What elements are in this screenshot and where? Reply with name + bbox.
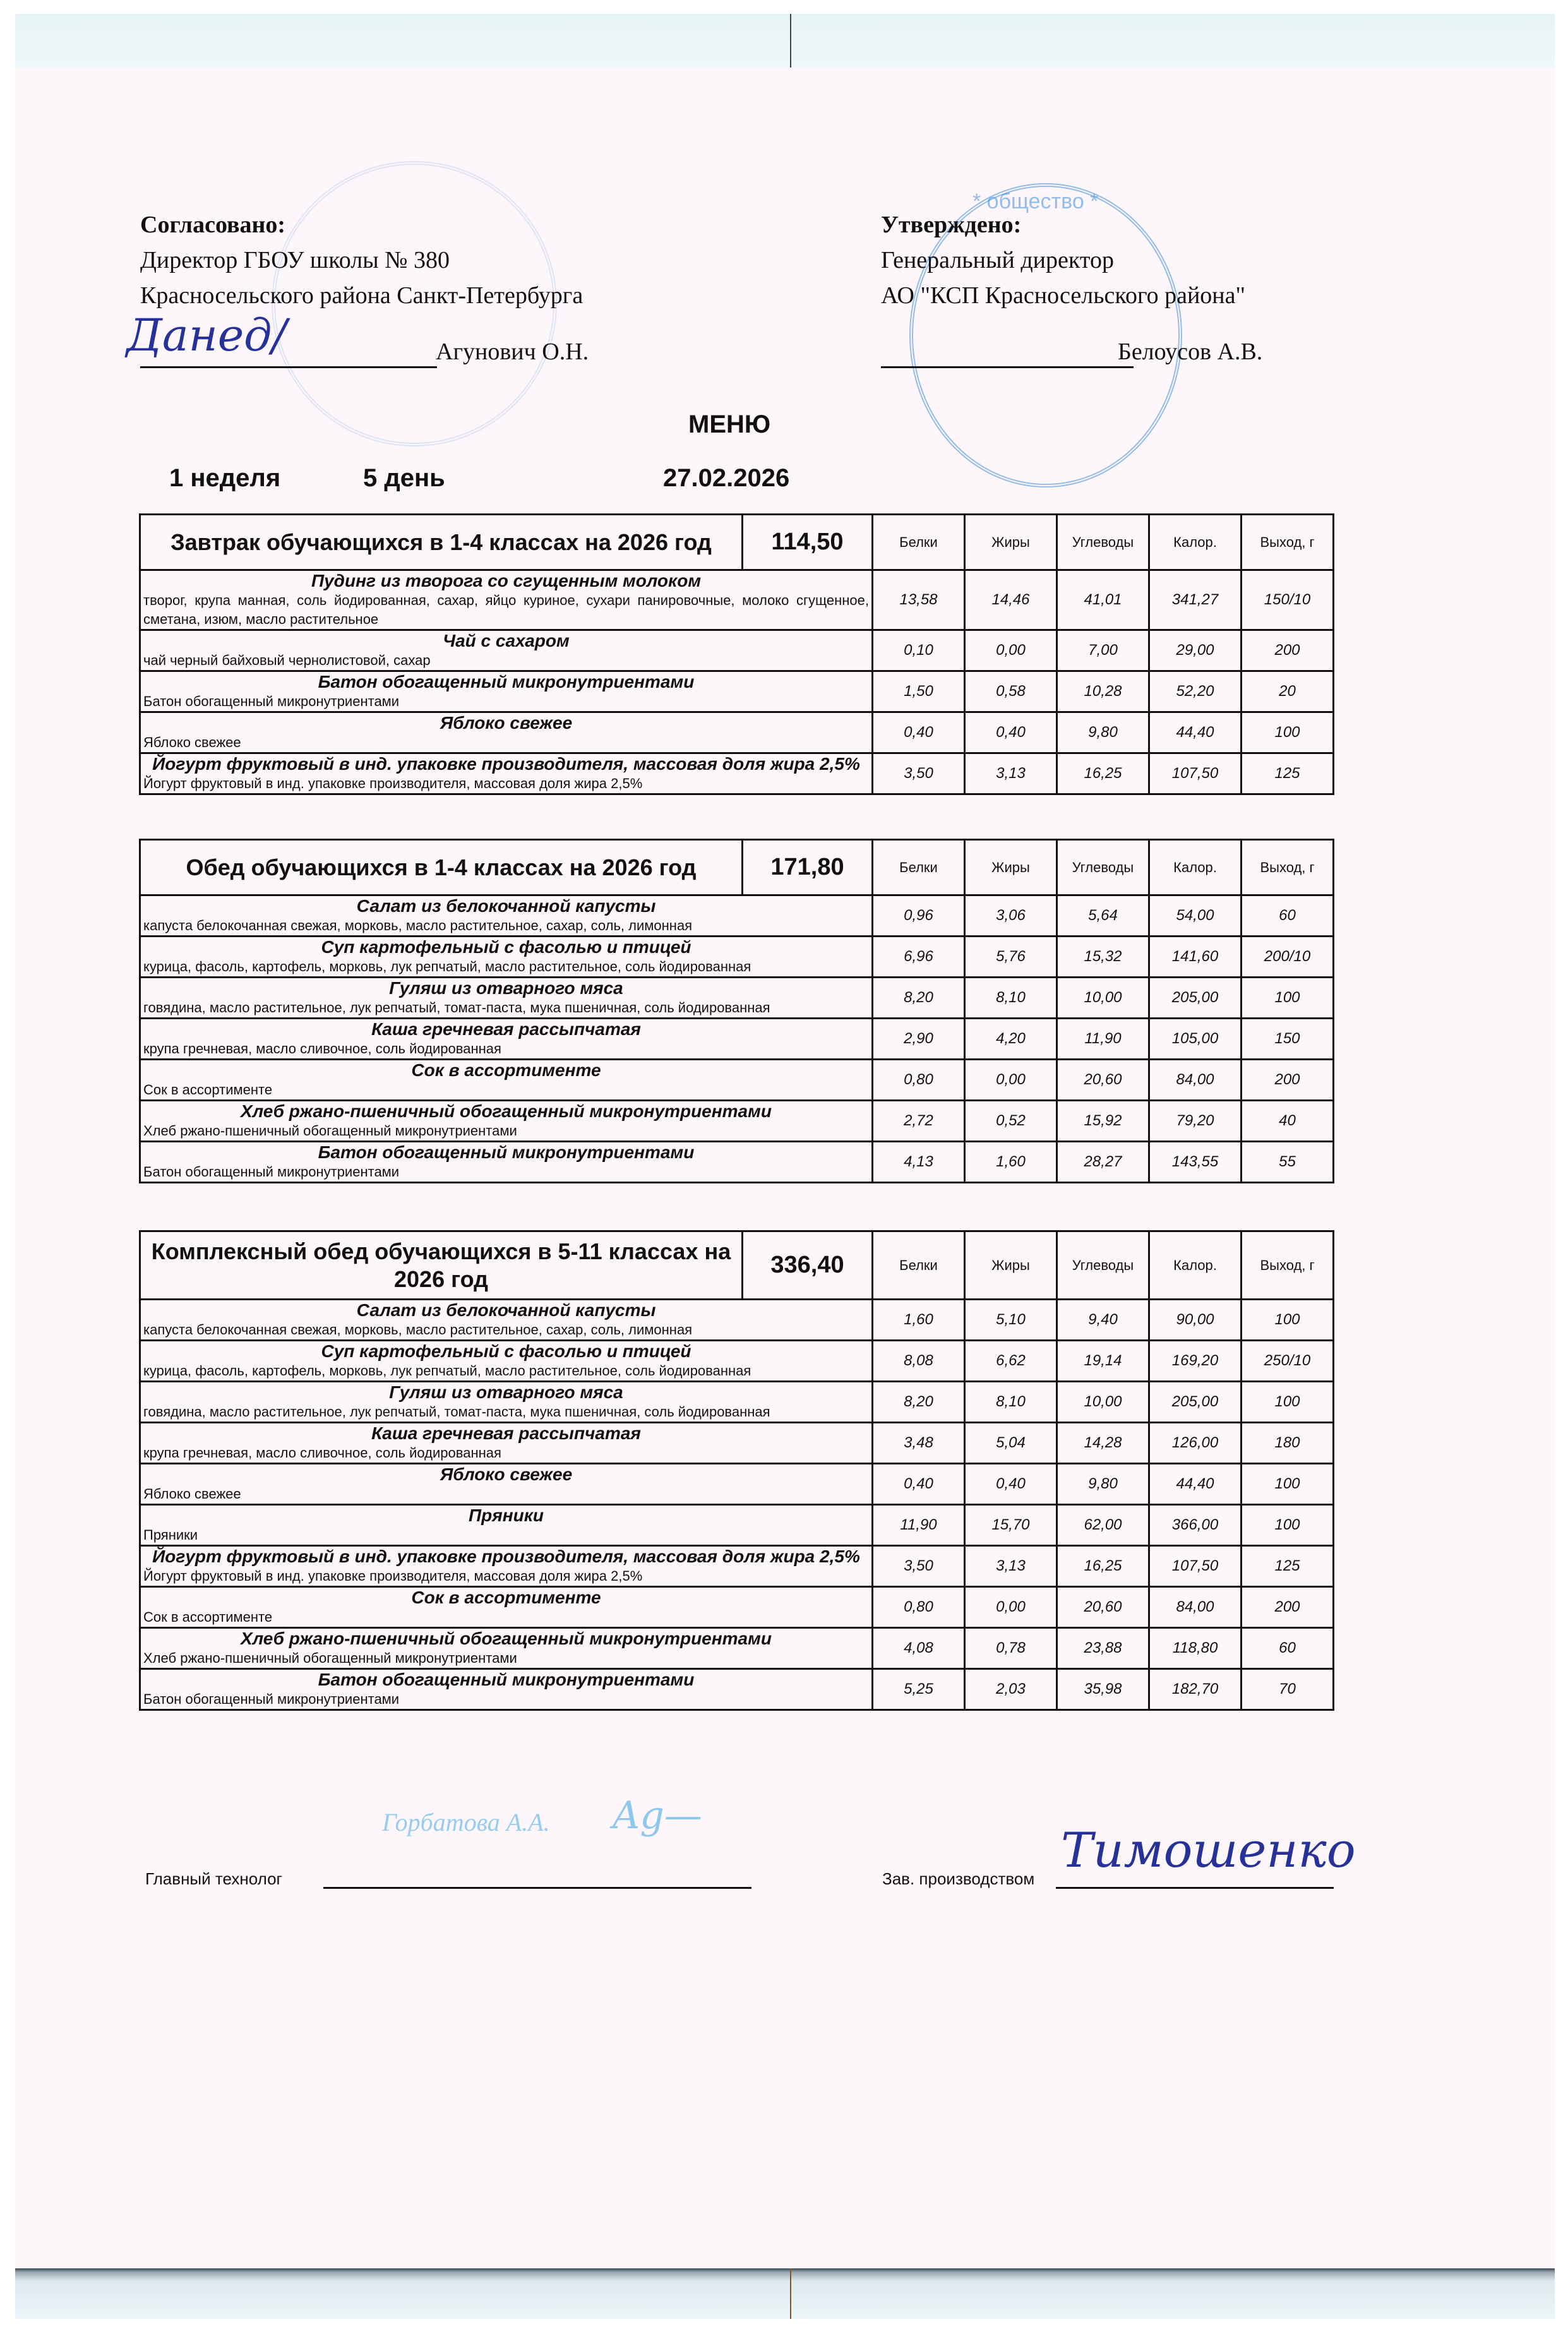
dish-name: Яблоко свежее [143,713,869,733]
dish-row: Салат из белокочанной капустыкапуста бел… [140,1300,1334,1341]
nutrition-fat: 5,10 [965,1300,1057,1341]
nutrition-yield: 100 [1242,1505,1334,1546]
nutrition-carbs: 62,00 [1057,1505,1149,1546]
dish-row: Суп картофельный с фасолью и птицейкуриц… [140,1341,1334,1382]
menu-table-lunch-1-4: Обед обучающихся в 1-4 классах на 2026 г… [139,839,1334,1183]
nutrition-protein: 8,08 [873,1341,965,1382]
approval-heading: Утверждено: [881,207,1245,242]
dish-row: Сок в ассортиментеСок в ассортименте0,80… [140,1587,1334,1628]
fold-line [790,2268,791,2319]
approval-position: Генеральный директор [881,242,1245,278]
week-label: 1 неделя [169,464,280,493]
nutrition-protein: 8,20 [873,1382,965,1423]
nutrition-carbs: 7,00 [1057,630,1149,671]
nutrition-fat: 5,76 [965,937,1057,978]
signature-line [140,366,437,368]
column-header: Жиры [965,1231,1057,1300]
dish-ingredients: курица, фасоль, картофель, морковь, лук … [143,1362,869,1380]
nutrition-yield: 100 [1242,978,1334,1019]
signature-production-head: Тимошенко [1061,1822,1356,1878]
nutrition-protein: 6,96 [873,937,965,978]
dish-row: Гуляш из отварного мясаговядина, масло р… [140,1382,1334,1423]
column-header: Выход, г [1242,840,1334,895]
signature-technologist: Ag— [613,1793,702,1838]
dish-ingredients: Йогурт фруктовый в инд. упаковке произво… [143,774,869,793]
dish-ingredients: Йогурт фруктовый в инд. упаковке произво… [143,1567,869,1586]
approval-heading: Согласовано: [140,207,583,242]
dish-name: Хлеб ржано-пшеничный обогащенный микрону… [143,1629,869,1649]
dish-name: Чай с сахаром [143,631,869,651]
dish-ingredients: Сок в ассортименте [143,1081,869,1099]
section-price: 336,40 [743,1231,873,1300]
nutrition-fat: 3,06 [965,895,1057,937]
nutrition-carbs: 10,28 [1057,671,1149,712]
dish-cell: Салат из белокочанной капустыкапуста бел… [140,895,873,937]
dish-cell: Каша гречневая рассыпчатаякрупа гречнева… [140,1019,873,1060]
dish-name: Батон обогащенный микронутриентами [143,672,869,692]
nutrition-fat: 0,40 [965,712,1057,753]
column-header: Калор. [1149,840,1242,895]
dish-cell: Гуляш из отварного мясаговядина, масло р… [140,1382,873,1423]
nutrition-carbs: 23,88 [1057,1628,1149,1669]
nutrition-carbs: 9,80 [1057,712,1149,753]
section-title: Обед обучающихся в 1-4 классах на 2026 г… [140,840,743,895]
nutrition-carbs: 10,00 [1057,978,1149,1019]
dish-cell: Суп картофельный с фасолью и птицейкуриц… [140,937,873,978]
nutrition-protein: 2,72 [873,1101,965,1142]
dish-ingredients: капуста белокочанная свежая, морковь, ма… [143,916,869,935]
nutrition-yield: 100 [1242,1300,1334,1341]
dish-row: Йогурт фруктовый в инд. упаковке произво… [140,753,1334,794]
column-header: Белки [873,840,965,895]
nutrition-fat: 0,78 [965,1628,1057,1669]
dish-name: Сок в ассортименте [143,1588,869,1608]
nutrition-yield: 20 [1242,671,1334,712]
nutrition-yield: 200 [1242,630,1334,671]
nutrition-kcal: 105,00 [1149,1019,1242,1060]
nutrition-carbs: 20,60 [1057,1587,1149,1628]
nutrition-yield: 150 [1242,1019,1334,1060]
signature-line [881,366,1134,368]
nutrition-protein: 0,80 [873,1060,965,1101]
nutrition-yield: 180 [1242,1423,1334,1464]
section-header-row: Обед обучающихся в 1-4 классах на 2026 г… [140,840,1334,895]
nutrition-yield: 100 [1242,1464,1334,1505]
nutrition-protein: 0,96 [873,895,965,937]
dish-name: Суп картофельный с фасолью и птицей [143,937,869,957]
dish-cell: Сок в ассортиментеСок в ассортименте [140,1587,873,1628]
dish-row: Батон обогащенный микронутриентамиБатон … [140,1669,1334,1710]
nutrition-kcal: 90,00 [1149,1300,1242,1341]
dish-row: Хлеб ржано-пшеничный обогащенный микрону… [140,1628,1334,1669]
nutrition-kcal: 366,00 [1149,1505,1242,1546]
signer-name: Агунович О.Н. [436,338,589,366]
signature-line [1056,1887,1334,1889]
section-header-row: Комплексный обед обучающихся в 5-11 клас… [140,1231,1334,1300]
nutrition-yield: 125 [1242,753,1334,794]
nutrition-carbs: 16,25 [1057,753,1149,794]
menu-table-breakfast-1-4: Завтрак обучающихся в 1-4 классах на 202… [139,513,1334,795]
dish-row: Хлеб ржано-пшеничный обогащенный микрону… [140,1101,1334,1142]
approval-organization: Красносельского района Санкт-Петербурга [140,278,583,313]
nutrition-carbs: 41,01 [1057,570,1149,630]
nutrition-kcal: 182,70 [1149,1669,1242,1710]
nutrition-protein: 13,58 [873,570,965,630]
nutrition-fat: 8,10 [965,978,1057,1019]
nutrition-kcal: 169,20 [1149,1341,1242,1382]
nutrition-yield: 125 [1242,1546,1334,1587]
dish-name: Гуляш из отварного мяса [143,1382,869,1403]
dish-row: Батон обогащенный микронутриентамиБатон … [140,1142,1334,1183]
nutrition-yield: 150/10 [1242,570,1334,630]
dish-cell: Пудинг из творога со сгущенным молокомтв… [140,570,873,630]
dish-name: Хлеб ржано-пшеничный обогащенный микрону… [143,1101,869,1122]
nutrition-yield: 100 [1242,1382,1334,1423]
dish-row: Гуляш из отварного мясаговядина, масло р… [140,978,1334,1019]
nutrition-fat: 0,00 [965,630,1057,671]
dish-ingredients: Батон обогащенный микронутриентами [143,1690,869,1709]
dish-cell: Батон обогащенный микронутриентамиБатон … [140,1669,873,1710]
dish-ingredients: говядина, масло растительное, лук репчат… [143,1403,869,1422]
dish-cell: Хлеб ржано-пшеничный обогащенный микрону… [140,1628,873,1669]
column-header: Углеводы [1057,515,1149,570]
nutrition-yield: 55 [1242,1142,1334,1183]
dish-ingredients: курица, фасоль, картофель, морковь, лук … [143,957,869,976]
nutrition-kcal: 29,00 [1149,630,1242,671]
date-label: 27.02.2026 [663,464,789,493]
dish-cell: Йогурт фруктовый в инд. упаковке произво… [140,1546,873,1587]
chief-technologist-label: Главный технолог [145,1869,282,1889]
column-header: Выход, г [1242,1231,1334,1300]
dish-name: Йогурт фруктовый в инд. упаковке произво… [143,1547,869,1567]
nutrition-kcal: 107,50 [1149,753,1242,794]
section-price: 114,50 [743,515,873,570]
nutrition-kcal: 205,00 [1149,978,1242,1019]
dish-name: Батон обогащенный микронутриентами [143,1142,869,1163]
dish-row: ПряникиПряники11,9015,7062,00366,00100 [140,1505,1334,1546]
nutrition-kcal: 126,00 [1149,1423,1242,1464]
dish-name: Каша гречневая рассыпчатая [143,1019,869,1039]
dish-row: Яблоко свежееЯблоко свежее0,400,409,8044… [140,1464,1334,1505]
section-title: Завтрак обучающихся в 1-4 классах на 202… [140,515,743,570]
dish-row: Каша гречневая рассыпчатаякрупа гречнева… [140,1423,1334,1464]
nutrition-fat: 5,04 [965,1423,1057,1464]
dish-cell: Чай с сахаромчай черный байховый черноли… [140,630,873,671]
dish-ingredients: говядина, масло растительное, лук репчат… [143,998,869,1017]
dish-ingredients: Яблоко свежее [143,733,869,752]
nutrition-fat: 0,58 [965,671,1057,712]
dish-cell: Батон обогащенный микронутриентамиБатон … [140,1142,873,1183]
approval-organization: АО "КСП Красносельского района" [881,278,1245,313]
nutrition-protein: 8,20 [873,978,965,1019]
nutrition-kcal: 341,27 [1149,570,1242,630]
dish-name: Гуляш из отварного мяса [143,978,869,998]
column-header: Жиры [965,515,1057,570]
dish-ingredients: крупа гречневая, масло сливочное, соль й… [143,1039,869,1058]
nutrition-fat: 3,13 [965,1546,1057,1587]
column-header: Белки [873,1231,965,1300]
nutrition-yield: 200 [1242,1587,1334,1628]
nutrition-kcal: 143,55 [1149,1142,1242,1183]
nutrition-protein: 3,48 [873,1423,965,1464]
dish-name: Йогурт фруктовый в инд. упаковке произво… [143,754,869,774]
dish-name: Пудинг из творога со сгущенным молоком [143,571,869,591]
dish-name: Батон обогащенный микронутриентами [143,1670,869,1690]
nutrition-protein: 2,90 [873,1019,965,1060]
nutrition-yield: 200/10 [1242,937,1334,978]
page-title: МЕНЮ [688,410,770,439]
dish-name: Пряники [143,1506,869,1526]
nutrition-fat: 3,13 [965,753,1057,794]
section-header-row: Завтрак обучающихся в 1-4 классах на 202… [140,515,1334,570]
approval-approved-block: Утверждено: Генеральный директор АО "КСП… [881,207,1245,313]
fold-line [790,14,791,68]
dish-cell: Каша гречневая рассыпчатаякрупа гречнева… [140,1423,873,1464]
dish-cell: Батон обогащенный микронутриентамиБатон … [140,671,873,712]
dish-name: Яблоко свежее [143,1464,869,1485]
dish-row: Яблоко свежееЯблоко свежее0,400,409,8044… [140,712,1334,753]
nutrition-carbs: 35,98 [1057,1669,1149,1710]
column-header: Калор. [1149,515,1242,570]
nutrition-carbs: 19,14 [1057,1341,1149,1382]
nutrition-fat: 14,46 [965,570,1057,630]
dish-ingredients: капуста белокочанная свежая, морковь, ма… [143,1320,869,1339]
nutrition-kcal: 141,60 [1149,937,1242,978]
dish-ingredients: Пряники [143,1526,869,1545]
nutrition-carbs: 5,64 [1057,895,1149,937]
section-title: Комплексный обед обучающихся в 5-11 клас… [140,1231,743,1300]
approval-position: Директор ГБОУ школы № 380 [140,242,583,278]
nutrition-protein: 3,50 [873,753,965,794]
dish-row: Пудинг из творога со сгущенным молокомтв… [140,570,1334,630]
dish-ingredients: Сок в ассортименте [143,1608,869,1627]
menu-table-complex-lunch-5-11: Комплексный обед обучающихся в 5-11 клас… [139,1230,1334,1711]
nutrition-yield: 200 [1242,1060,1334,1101]
nutrition-protein: 3,50 [873,1546,965,1587]
dish-name: Суп картофельный с фасолью и птицей [143,1341,869,1362]
dish-ingredients: чай черный байховый чернолистовой, сахар [143,651,869,670]
dish-ingredients: крупа гречневая, масло сливочное, соль й… [143,1444,869,1463]
dish-row: Чай с сахаромчай черный байховый черноли… [140,630,1334,671]
dish-ingredients: Хлеб ржано-пшеничный обогащенный микрону… [143,1122,869,1141]
column-header: Углеводы [1057,840,1149,895]
dish-ingredients: Яблоко свежее [143,1485,869,1504]
nutrition-fat: 15,70 [965,1505,1057,1546]
dish-row: Каша гречневая рассыпчатаякрупа гречнева… [140,1019,1334,1060]
dish-cell: Яблоко свежееЯблоко свежее [140,712,873,753]
nutrition-yield: 40 [1242,1101,1334,1142]
dish-name: Салат из белокочанной капусты [143,1300,869,1320]
column-header: Жиры [965,840,1057,895]
dish-cell: Йогурт фруктовый в инд. упаковке произво… [140,753,873,794]
nutrition-fat: 6,62 [965,1341,1057,1382]
dish-cell: Салат из белокочанной капустыкапуста бел… [140,1300,873,1341]
nutrition-carbs: 16,25 [1057,1546,1149,1587]
section-price: 171,80 [743,840,873,895]
nutrition-carbs: 10,00 [1057,1382,1149,1423]
nutrition-yield: 100 [1242,712,1334,753]
nutrition-yield: 250/10 [1242,1341,1334,1382]
dish-cell: Сок в ассортиментеСок в ассортименте [140,1060,873,1101]
nutrition-protein: 0,40 [873,1464,965,1505]
dish-ingredients: Батон обогащенный микронутриентами [143,1163,869,1182]
nutrition-fat: 0,40 [965,1464,1057,1505]
dish-name: Сок в ассортименте [143,1060,869,1081]
production-head-label: Зав. производством [882,1869,1034,1889]
nutrition-kcal: 118,80 [1149,1628,1242,1669]
nutrition-kcal: 54,00 [1149,895,1242,937]
dish-name: Каша гречневая рассыпчатая [143,1423,869,1444]
day-label: 5 день [363,464,445,493]
dish-cell: Хлеб ржано-пшеничный обогащенный микрону… [140,1101,873,1142]
nutrition-protein: 0,40 [873,712,965,753]
nutrition-carbs: 28,27 [1057,1142,1149,1183]
nutrition-protein: 0,80 [873,1587,965,1628]
column-header: Белки [873,515,965,570]
nutrition-kcal: 84,00 [1149,1060,1242,1101]
nutrition-protein: 0,10 [873,630,965,671]
nutrition-kcal: 44,40 [1149,712,1242,753]
dish-row: Батон обогащенный микронутриентамиБатон … [140,671,1334,712]
nutrition-yield: 60 [1242,1628,1334,1669]
nutrition-kcal: 205,00 [1149,1382,1242,1423]
nutrition-kcal: 84,00 [1149,1587,1242,1628]
nutrition-carbs: 20,60 [1057,1060,1149,1101]
nutrition-fat: 4,20 [965,1019,1057,1060]
dish-ingredients: Хлеб ржано-пшеничный обогащенный микрону… [143,1649,869,1668]
dish-row: Салат из белокочанной капустыкапуста бел… [140,895,1334,937]
nutrition-yield: 70 [1242,1669,1334,1710]
nutrition-carbs: 15,92 [1057,1101,1149,1142]
nutrition-carbs: 9,80 [1057,1464,1149,1505]
column-header: Углеводы [1057,1231,1149,1300]
nutrition-fat: 8,10 [965,1382,1057,1423]
column-header: Калор. [1149,1231,1242,1300]
approval-agreed-block: Согласовано: Директор ГБОУ школы № 380 К… [140,207,583,313]
signature-director: Данед/ [126,309,287,361]
nutrition-carbs: 15,32 [1057,937,1149,978]
dish-cell: Суп картофельный с фасолью и птицейкуриц… [140,1341,873,1382]
dish-row: Суп картофельный с фасолью и птицейкуриц… [140,937,1334,978]
nutrition-fat: 0,00 [965,1587,1057,1628]
scan-edge-bottom [15,2268,1555,2319]
nutrition-protein: 1,50 [873,671,965,712]
nutrition-carbs: 14,28 [1057,1423,1149,1464]
nutrition-protein: 1,60 [873,1300,965,1341]
dish-cell: Гуляш из отварного мясаговядина, масло р… [140,978,873,1019]
nutrition-fat: 1,60 [965,1142,1057,1183]
dish-row: Сок в ассортиментеСок в ассортименте0,80… [140,1060,1334,1101]
nutrition-kcal: 44,40 [1149,1464,1242,1505]
dish-ingredients: творог, крупа манная, соль йодированная,… [143,591,869,629]
dish-cell: Яблоко свежееЯблоко свежее [140,1464,873,1505]
nutrition-yield: 60 [1242,895,1334,937]
nutrition-kcal: 107,50 [1149,1546,1242,1587]
signature-line [323,1887,751,1889]
nutrition-fat: 2,03 [965,1669,1057,1710]
nutrition-kcal: 79,20 [1149,1101,1242,1142]
dish-cell: ПряникиПряники [140,1505,873,1546]
dish-name: Салат из белокочанной капусты [143,896,869,916]
dish-row: Йогурт фруктовый в инд. упаковке произво… [140,1546,1334,1587]
column-header: Выход, г [1242,515,1334,570]
nutrition-carbs: 9,40 [1057,1300,1149,1341]
chief-technologist-stamp: Горбатова А.А. [382,1807,550,1837]
nutrition-protein: 5,25 [873,1669,965,1710]
nutrition-kcal: 52,20 [1149,671,1242,712]
dish-ingredients: Батон обогащенный микронутриентами [143,692,869,711]
signer-name: Белоусов А.В. [1118,338,1262,366]
scan-edge-top [15,14,1555,68]
nutrition-fat: 0,52 [965,1101,1057,1142]
nutrition-protein: 4,13 [873,1142,965,1183]
nutrition-fat: 0,00 [965,1060,1057,1101]
nutrition-protein: 11,90 [873,1505,965,1546]
nutrition-protein: 4,08 [873,1628,965,1669]
nutrition-carbs: 11,90 [1057,1019,1149,1060]
